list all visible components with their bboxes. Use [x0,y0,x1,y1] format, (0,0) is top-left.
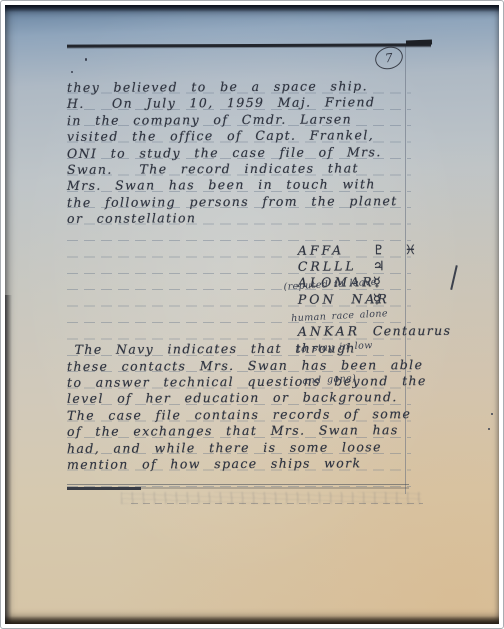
handwritten-line: mention of how space ships work [67,455,413,473]
photo-bottom-shadow [5,616,499,624]
photo-top-shadow [5,5,499,12]
handwritten-line: the following persons from the planet [67,193,413,211]
ink-speck [85,58,87,61]
contact-row: AFFA♇ ♓ [67,226,413,244]
top-rule-ink-blob [406,40,432,46]
ink-speck [71,71,73,73]
stray-stroke [450,265,457,290]
handwritten-line: ONI to study the case file of Mrs. [67,144,413,162]
page-number-circled: 7 [373,44,406,73]
photo-left-shadow [5,295,12,624]
faint-dotted-line [131,503,423,504]
document-image-link[interactable]: 7 they believed to be a space ship. H. O… [0,0,504,629]
annotation-line: human race alone [285,307,421,325]
ink-speck [488,428,490,430]
bottom-rule-faded-segment [141,487,409,489]
bottom-rule-line [67,484,409,485]
annotation-line: to stay in low [287,338,423,356]
ink-speck [491,413,493,415]
annotation-line: (reputed to leave [283,276,419,294]
handwritten-line: or constellation [67,209,413,227]
handwritten-line: visited the office of Capt. Frankel, [67,127,413,145]
bottom-rule-dark-segment [67,487,141,490]
handwritten-line: Mrs. Swan has been in touch with [67,176,413,194]
page-number: 7 [384,51,393,66]
top-rule-line [67,43,431,47]
handwritten-line: H. On July 10, 1959 Maj. Friend [67,94,413,112]
handwritten-line: of the exchanges that Mrs. Swan has [67,422,413,440]
screenshot-root: 7 they believed to be a space ship. H. O… [0,0,504,629]
annotation-line: and gone) [288,370,424,388]
handwritten-line: in the company of Cmdr. Larsen [67,111,413,129]
margin-annotation: (reputed to leave human race alone to st… [282,255,426,409]
handwritten-line: had, and while there is some loose [67,439,413,457]
document-photo: 7 they believed to be a space ship. H. O… [5,5,499,624]
